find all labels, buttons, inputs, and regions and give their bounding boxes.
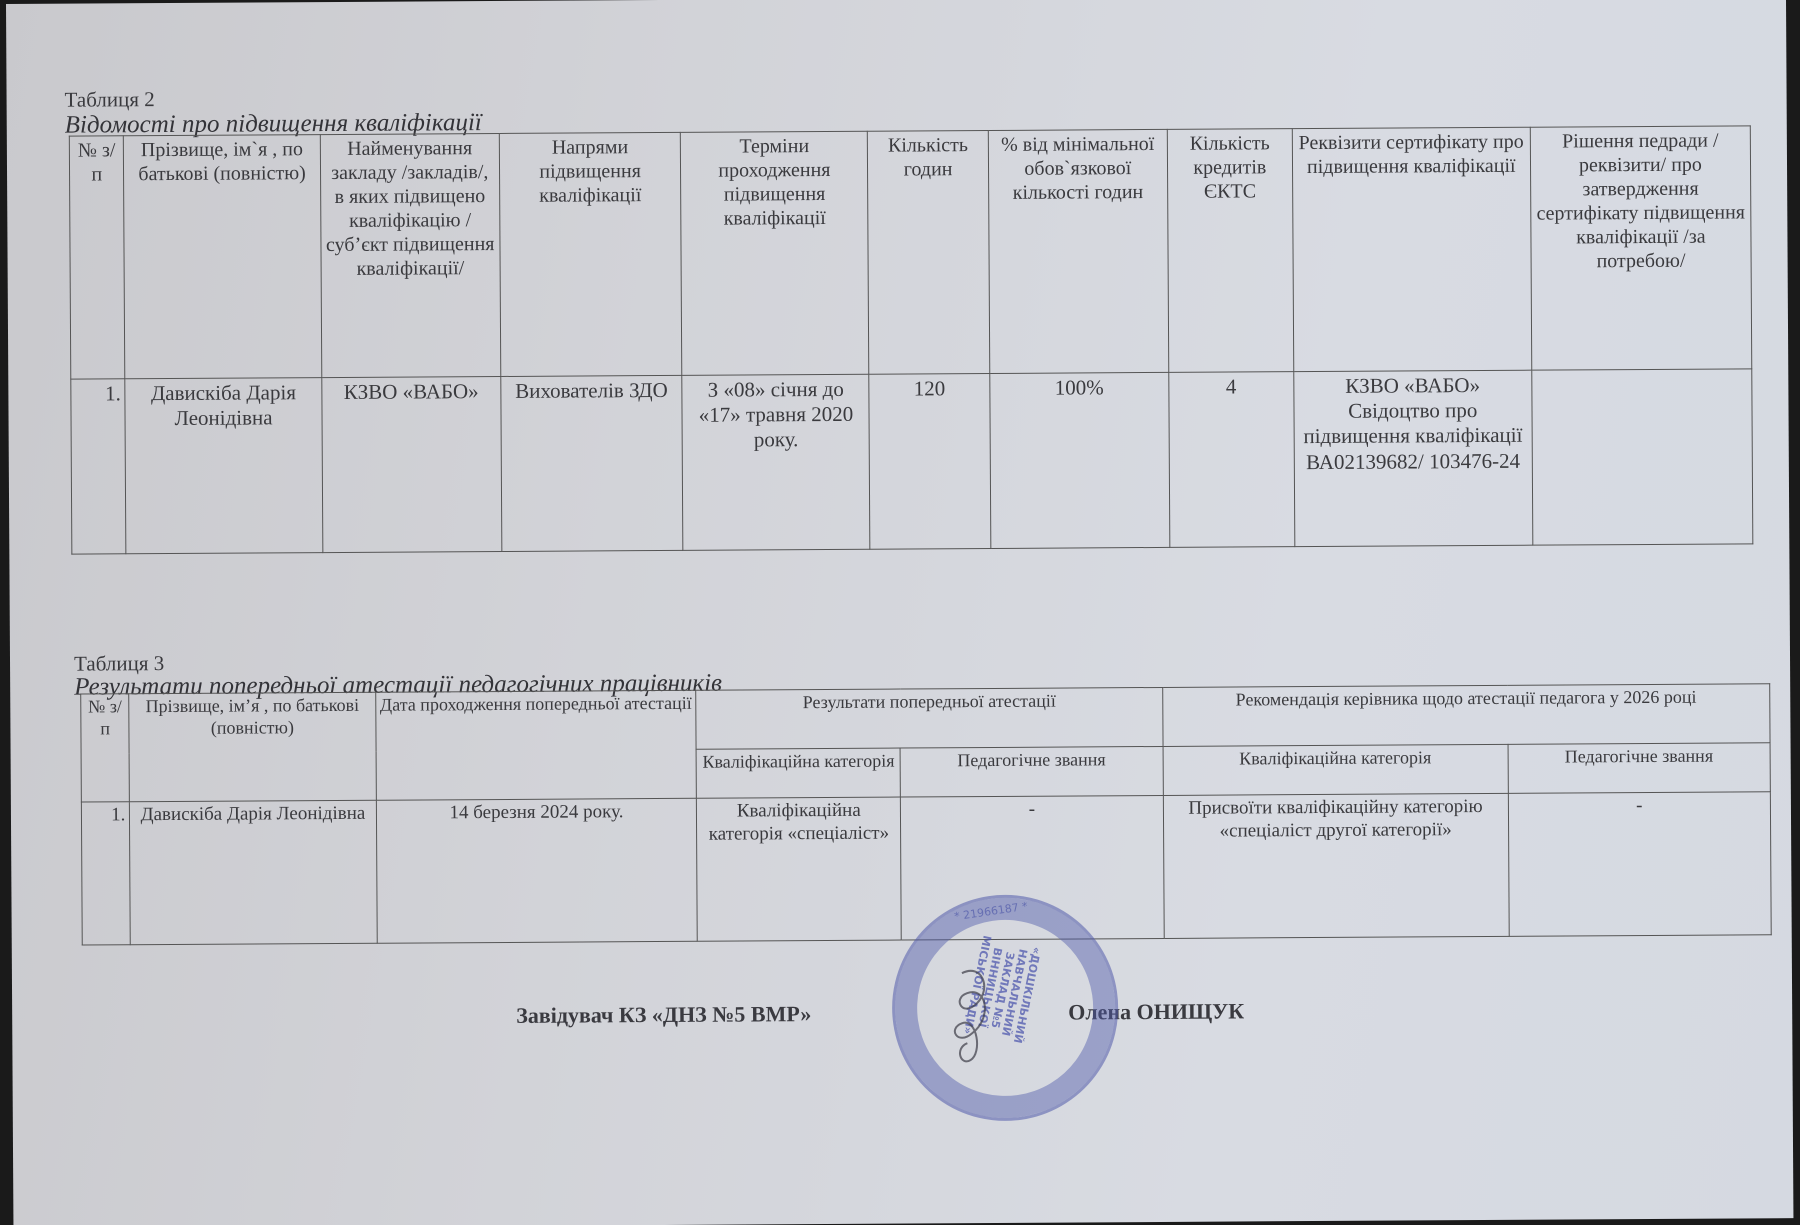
cell-name: Давискіба Дарія Леонідівна (130, 800, 377, 945)
table-header-row: № з/п Прізвище, ім’я , по батькові (повн… (81, 684, 1770, 753)
header-results-group: Результати попередньої атестації (696, 687, 1162, 749)
table-header-row: № з/п Прізвище, ім`я , по батькові (повн… (69, 126, 1751, 379)
cell-rec-category: Присвоїти кваліфікаційну категорію «спец… (1163, 793, 1509, 938)
header-num: № з/п (69, 136, 125, 379)
cell-institution: КЗВО «ВАБО» (321, 376, 501, 552)
seal-ring-text: * 21966187 * (953, 900, 1028, 924)
header-name: Прізвище, ім’я , по батькові (повністю) (129, 692, 376, 802)
header-credits: Кількість кредитів ЄКТС (1167, 129, 1293, 373)
table-row: 1. Давискіба Дарія Леонідівна 14 березня… (81, 792, 1771, 945)
cell-results-category: Кваліфікаційна категорія «спеціаліст» (697, 797, 902, 941)
header-results-category: Кваліфікаційна категорія (697, 748, 901, 798)
cell-decision (1532, 369, 1753, 545)
header-name: Прізвище, ім`я , по батькові (повністю) (124, 135, 322, 379)
header-results-rank: Педагогічне звання (900, 746, 1163, 797)
cell-period: З «08» січня до «17» травня 2020 року. (682, 374, 870, 550)
signatory-position: Завідувач КЗ «ДНЗ №5 ВМР» (516, 1001, 811, 1028)
cell-hours: 120 (869, 373, 990, 549)
header-percent: % від мінімальної обов`язкової кількості… (988, 129, 1169, 373)
cell-credits: 4 (1169, 372, 1295, 548)
table2-caption: Таблиця 2 (65, 87, 155, 113)
header-hours: Кількість годин (868, 131, 990, 375)
qualification-table: № з/п Прізвище, ім`я , по батькові (повн… (69, 125, 1754, 554)
handwritten-signature-icon (932, 958, 1023, 1069)
header-date: Дата проходження попередньої атестації (375, 690, 696, 800)
cell-date: 14 березня 2024 року. (376, 798, 698, 943)
header-decision: Рішення педради /реквізити/ про затвердж… (1530, 126, 1752, 370)
cell-certificate: КЗВО «ВАБО» Свідоцтво про підвищення ква… (1293, 370, 1532, 546)
header-num: № з/п (81, 694, 130, 802)
header-period: Терміни проходження підвищення кваліфіка… (681, 131, 870, 375)
document-page: Таблиця 2 Відомості про підвищення квалі… (6, 0, 1793, 1225)
cell-percent: 100% (989, 372, 1169, 548)
cell-name: Давискіба Дарія Леонідівна (125, 378, 322, 554)
table-row: 1. Давискіба Дарія Леонідівна КЗВО «ВАБО… (71, 369, 1753, 554)
header-rec-category: Кваліфікаційна категорія (1163, 744, 1508, 795)
cell-rec-rank: - (1508, 792, 1771, 937)
signature-block: Завідувач КЗ «ДНЗ №5 ВМР» Олена ОНИЩУК (516, 1001, 811, 1029)
cell-num: 1. (81, 802, 130, 945)
header-institution: Найменування закладу /закладів/, в яких … (320, 133, 501, 377)
header-rec-rank: Педагогічне звання (1508, 743, 1771, 794)
header-certificate: Реквізити сертифікату про підвищення ква… (1292, 127, 1532, 371)
header-direction: Напрями підвищення кваліфікації (499, 132, 682, 376)
cell-direction: Вихователів ЗДО (501, 375, 684, 551)
header-recommendation-group: Рекомендація керівника щодо атестації пе… (1162, 684, 1770, 747)
attestation-table: № з/п Прізвище, ім’я , по батькові (повн… (80, 683, 1772, 945)
cell-num: 1. (71, 379, 127, 554)
